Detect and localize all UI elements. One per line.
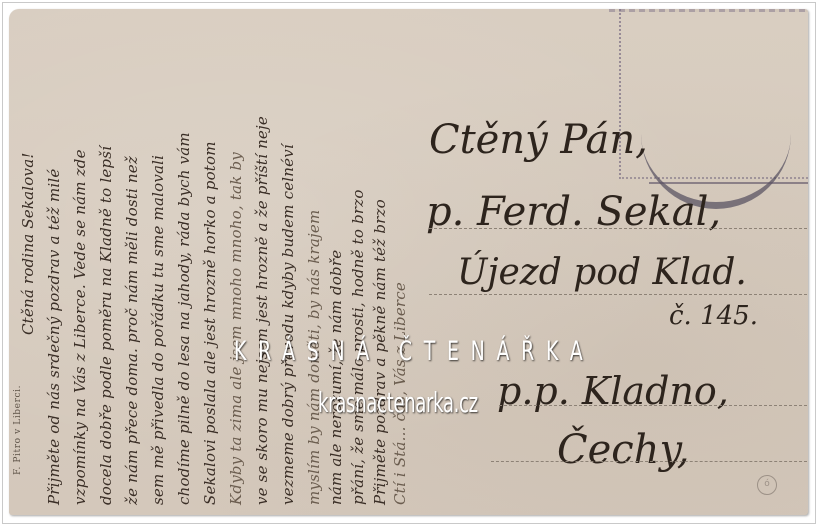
message-line: Ctěná rodina Sekalova! <box>19 152 37 335</box>
postcard: F. Pitro v Liberci. Ctěná rodina Sekalov… <box>9 9 808 515</box>
postmark-line <box>649 182 808 184</box>
watermark-url: krasnactenarka.cz <box>318 386 478 419</box>
address-guide-line <box>491 461 807 462</box>
circle-mark: ó <box>757 475 777 495</box>
address-post-office: p.p. Kladno, <box>497 369 729 413</box>
message-line: Kdyby ta zima ale jsem mnoho mnoho, tak … <box>227 152 245 505</box>
message-area: F. Pitro v Liberci. Ctěná rodina Sekalov… <box>9 9 419 515</box>
address-guide-line <box>429 294 807 295</box>
message-rotated: F. Pitro v Liberci. Ctěná rodina Sekalov… <box>9 9 419 515</box>
address-country: Čechy, <box>557 427 689 473</box>
address-guide-line <box>499 405 807 406</box>
message-line: Přijměte od nás srdečný pozdrav a též mi… <box>45 169 63 505</box>
address-house-number: č. 145. <box>669 301 758 331</box>
message-line: sem mě přivedla do pořádku tu sme malova… <box>149 155 167 505</box>
publisher-imprint: F. Pitro v Liberci. <box>13 385 23 475</box>
message-line: docela dobře podle poměru na Kladně to l… <box>97 146 115 505</box>
address-place: Újezd pod Klad. <box>457 252 747 293</box>
message-line: nám ale nerozumí, že nám dobře <box>327 250 345 505</box>
message-line: chodíme pilně do lesa na jahody, ráda by… <box>175 132 193 505</box>
address-guide-line <box>429 228 807 229</box>
message-line: vzpomínky na Vás z Liberce. Vede se nám … <box>71 149 89 505</box>
address-salutation: Ctěný Pán, <box>429 117 648 163</box>
message-line: ve se skoro mu nejsem jest hrozně a že p… <box>253 116 271 505</box>
watermark-title: KRÁSNÁ ČTENÁŘKA <box>234 336 507 367</box>
message-line: vezmeme dobrý převodu kdyby budem celnév… <box>279 144 297 505</box>
message-line: Sekalovi poslala ale jest hrozně horko a… <box>201 141 219 505</box>
message-line: že nám přece doma. proč nám měli dosti n… <box>123 156 141 505</box>
